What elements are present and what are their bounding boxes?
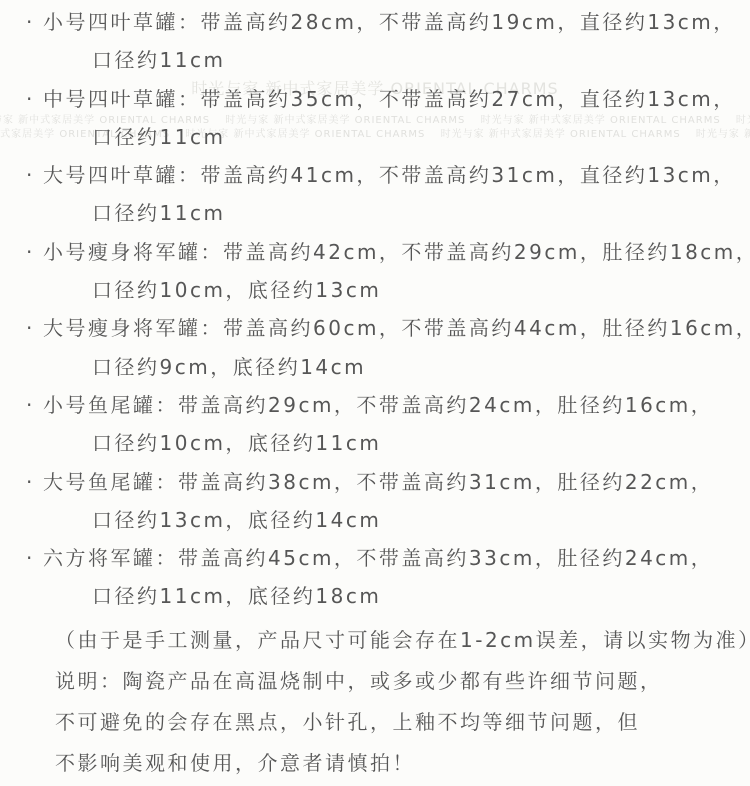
notes-section: （由于是手工测量，产品尺寸可能会存在1-2cm误差，请以实物为准） 说明：陶瓷产… — [0, 620, 750, 784]
quality-note-line-2: 不可避免的会存在黑点，小针孔，上釉不均等细节问题，但 — [0, 702, 750, 743]
spec-line-primary: ·大号四叶草罐：带盖高约41cm，不带盖高约31cm，直径约13cm， — [0, 156, 750, 194]
bullet-icon: · — [26, 80, 32, 118]
bullet-icon: · — [26, 386, 32, 424]
product-spec-item: ·大号鱼尾罐：带盖高约38cm，不带盖高约31cm，肚径约22cm， 口径约13… — [0, 463, 750, 540]
spec-line-secondary: 口径约9cm，底径约14cm — [0, 348, 750, 386]
bullet-icon: · — [26, 463, 32, 501]
product-spec-item: ·小号瘦身将军罐：带盖高约42cm，不带盖高约29cm，肚径约18cm， 口径约… — [0, 233, 750, 310]
spec-line-secondary: 口径约10cm，底径约11cm — [0, 424, 750, 462]
spec-line-secondary: 口径约11cm，底径约18cm — [0, 577, 750, 615]
spec-line-secondary: 口径约11cm — [0, 41, 750, 79]
spec-line-primary: ·中号四叶草罐：带盖高约35cm，不带盖高约27cm，直径约13cm， — [0, 80, 750, 118]
bullet-icon: · — [26, 309, 32, 347]
spec-text: 大号鱼尾罐：带盖高约38cm，不带盖高约31cm，肚径约22cm， — [43, 470, 713, 494]
product-spec-item: ·六方将军罐：带盖高约45cm，不带盖高约33cm，肚径约24cm， 口径约11… — [0, 539, 750, 616]
spec-text: 大号四叶草罐：带盖高约41cm，不带盖高约31cm，直径约13cm， — [43, 163, 736, 187]
spec-line-secondary: 口径约10cm，底径约13cm — [0, 271, 750, 309]
spec-text: 中号四叶草罐：带盖高约35cm，不带盖高约27cm，直径约13cm， — [43, 87, 736, 111]
spec-text: 大号瘦身将军罐：带盖高约60cm，不带盖高约44cm，肚径约16cm， — [43, 316, 750, 340]
spec-text: 小号鱼尾罐：带盖高约29cm，不带盖高约24cm，肚径约16cm， — [43, 393, 713, 417]
product-spec-page: 时光与家 新中式家居美学 ORIENTAL CHARMS 时光与家 新中式家居美… — [0, 0, 750, 786]
product-spec-item: ·大号瘦身将军罐：带盖高约60cm，不带盖高约44cm，肚径约16cm， 口径约… — [0, 309, 750, 386]
product-spec-item: ·大号四叶草罐：带盖高约41cm，不带盖高约31cm，直径约13cm， 口径约1… — [0, 156, 750, 233]
spec-text: 小号瘦身将军罐：带盖高约42cm，不带盖高约29cm，肚径约18cm， — [43, 240, 750, 264]
spec-line-primary: ·大号鱼尾罐：带盖高约38cm，不带盖高约31cm，肚径约22cm， — [0, 463, 750, 501]
spec-list: ·小号四叶草罐：带盖高约28cm，不带盖高约19cm，直径约13cm， 口径约1… — [0, 0, 750, 784]
spec-line-secondary: 口径约13cm，底径约14cm — [0, 501, 750, 539]
spec-text: 六方将军罐：带盖高约45cm，不带盖高约33cm，肚径约24cm， — [43, 546, 713, 570]
product-spec-item: ·小号鱼尾罐：带盖高约29cm，不带盖高约24cm，肚径约16cm， 口径约10… — [0, 386, 750, 463]
spec-line-primary: ·小号瘦身将军罐：带盖高约42cm，不带盖高约29cm，肚径约18cm， — [0, 233, 750, 271]
spec-line-primary: ·六方将军罐：带盖高约45cm，不带盖高约33cm，肚径约24cm， — [0, 539, 750, 577]
spec-line-primary: ·小号四叶草罐：带盖高约28cm，不带盖高约19cm，直径约13cm， — [0, 3, 750, 41]
quality-note-line-1: 说明：陶瓷产品在高温烧制中，或多或少都有些许细节问题， — [0, 661, 750, 702]
spec-line-secondary: 口径约11cm — [0, 118, 750, 156]
spec-line-secondary: 口径约11cm — [0, 194, 750, 232]
spec-line-primary: ·大号瘦身将军罐：带盖高约60cm，不带盖高约44cm，肚径约16cm， — [0, 309, 750, 347]
bullet-icon: · — [26, 3, 32, 41]
measurement-disclaimer: （由于是手工测量，产品尺寸可能会存在1-2cm误差，请以实物为准） — [0, 620, 750, 661]
product-spec-item: ·中号四叶草罐：带盖高约35cm，不带盖高约27cm，直径约13cm， 口径约1… — [0, 80, 750, 157]
bullet-icon: · — [26, 539, 32, 577]
quality-note-line-3: 不影响美观和使用，介意者请慎拍！ — [0, 743, 750, 784]
bullet-icon: · — [26, 156, 32, 194]
spec-line-primary: ·小号鱼尾罐：带盖高约29cm，不带盖高约24cm，肚径约16cm， — [0, 386, 750, 424]
spec-text: 小号四叶草罐：带盖高约28cm，不带盖高约19cm，直径约13cm， — [43, 10, 736, 34]
product-spec-item: ·小号四叶草罐：带盖高约28cm，不带盖高约19cm，直径约13cm， 口径约1… — [0, 3, 750, 80]
bullet-icon: · — [26, 233, 32, 271]
